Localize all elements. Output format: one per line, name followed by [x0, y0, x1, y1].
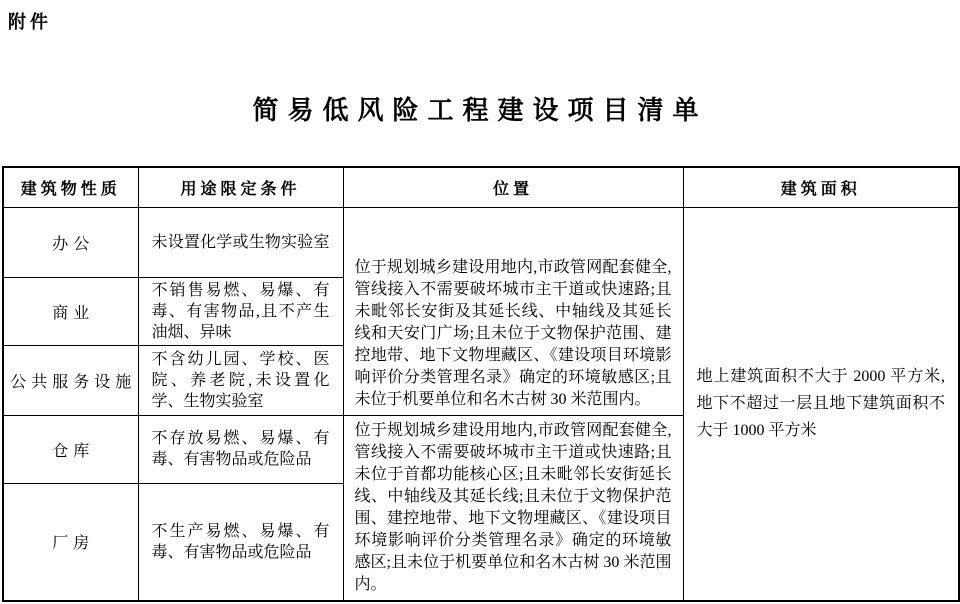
- header-building-nature: 建筑物性质: [3, 167, 138, 207]
- usage-cell-commercial: 不销售易燃、易爆、有毒、有害物品,且不产生油烟、异味: [138, 277, 343, 345]
- nature-cell-warehouse: 仓库: [3, 415, 138, 483]
- projects-table: 建筑物性质 用途限定条件 位置 建筑面积 办公 未设置化学或生物实验室 位于规划…: [2, 166, 960, 602]
- nature-cell-commercial: 商业: [3, 277, 138, 345]
- page-title: 简易低风险工程建设项目清单: [0, 90, 960, 127]
- header-building-area: 建筑面积: [683, 167, 959, 207]
- attachment-label: 附件: [8, 8, 52, 34]
- building-area-cell: 地上建筑面积不大于 2000 平方米,地下不超过一层且地下建筑面积不大于 100…: [683, 207, 959, 601]
- nature-cell-factory: 厂房: [3, 483, 138, 601]
- usage-cell-public-service: 不含幼儿园、学校、医院、养老院,未设置化学、生物实验室: [138, 345, 343, 415]
- location-cell-group-2: 位于规划城乡建设用地内,市政管网配套健全,管线接入不需要破坏城市主干道或快速路;…: [343, 415, 683, 601]
- usage-cell-warehouse: 不存放易燃、易爆、有毒、有害物品或危险品: [138, 415, 343, 483]
- usage-cell-factory: 不生产易燃、易爆、有毒、有害物品或危险品: [138, 483, 343, 601]
- table-header-row: 建筑物性质 用途限定条件 位置 建筑面积: [3, 167, 959, 207]
- nature-cell-public-service: 公共服务设施: [3, 345, 138, 415]
- usage-cell-office: 未设置化学或生物实验室: [138, 207, 343, 277]
- header-location: 位置: [343, 167, 683, 207]
- table-row-office: 办公 未设置化学或生物实验室 位于规划城乡建设用地内,市政管网配套健全,管线接入…: [3, 207, 959, 277]
- header-usage-conditions: 用途限定条件: [138, 167, 343, 207]
- location-cell-group-1: 位于规划城乡建设用地内,市政管网配套健全,管线接入不需要破坏城市主干道或快速路;…: [343, 207, 683, 415]
- nature-cell-office: 办公: [3, 207, 138, 277]
